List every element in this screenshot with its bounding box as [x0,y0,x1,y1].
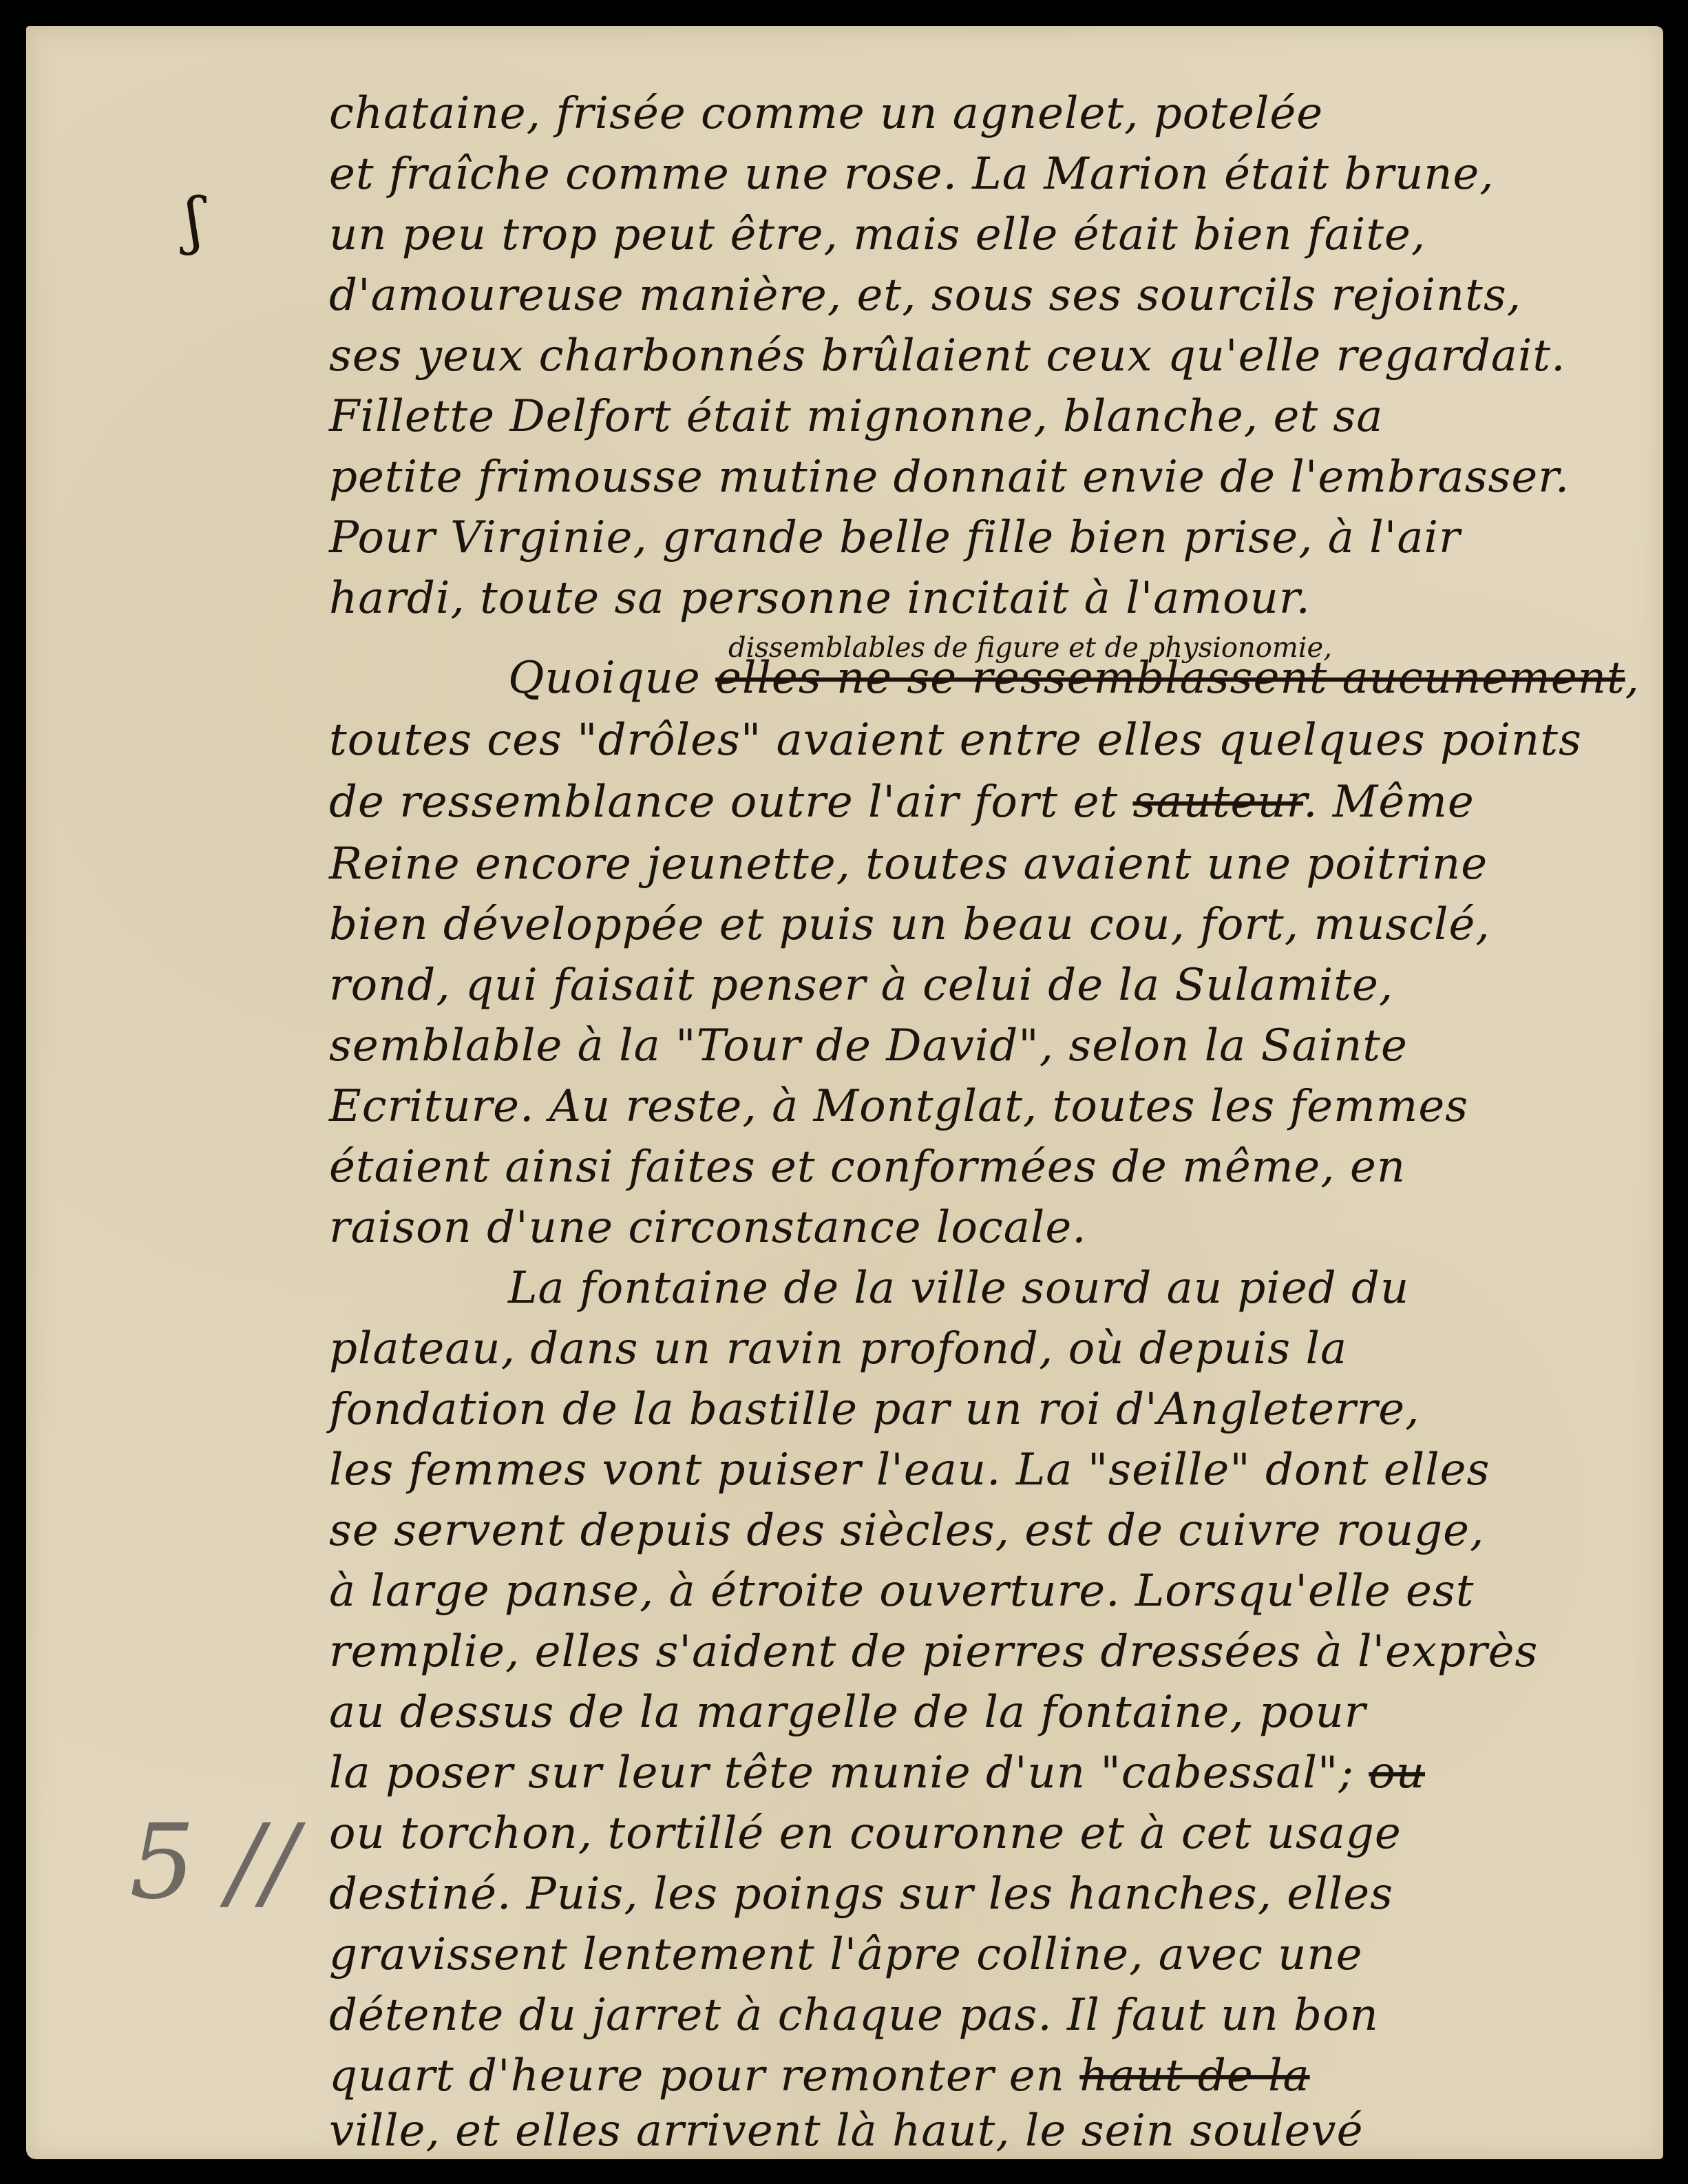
text-line: les femmes vont puiser l'eau. La "seille… [329,1445,1490,1495]
text-line: un peu trop peut être, mais elle était b… [329,209,1426,260]
text-line: Ecriture. Au reste, à Montglat, toutes l… [329,1081,1468,1132]
text-line: d'amoureuse manière, et, sous ses sourci… [329,270,1521,321]
text-line: la poser sur leur tête munie d'un "cabes… [329,1747,1425,1798]
text-line: à large panse, à étroite ouverture. Lors… [329,1566,1474,1617]
struck-text: sauteur [1133,777,1304,828]
text-line: petite frimousse mutine donnait envie de… [329,452,1570,503]
struck-text: haut de la [1079,2050,1309,2101]
text-line: quart d'heure pour remonter en haut de l… [329,2050,1310,2101]
text-line: au dessus de la margelle de la fontaine,… [329,1687,1366,1738]
text-line: de ressemblance outre l'air fort et saut… [329,777,1475,828]
margin-pencil-mark: 5 // [129,1803,297,1922]
text-line: plateau, dans un ravin profond, où depui… [329,1323,1347,1374]
text-line: détente du jarret à chaque pas. Il faut … [329,1990,1379,2041]
text-line: ou torchon, tortillé en couronne et à ce… [329,1808,1402,1859]
text-line: raison d'une circonstance locale. [329,1202,1087,1253]
text-line: étaient ainsi faites et conformées de mê… [329,1142,1406,1193]
text-line: chataine, frisée comme un agnelet, potel… [329,88,1323,139]
text-line: rond, qui faisait penser à celui de la S… [329,960,1393,1011]
text-line: Quoique elles ne se ressemblassent aucun… [329,653,1640,704]
text-line: ses yeux charbonnés brûlaient ceux qu'el… [329,330,1565,381]
text-line: Fillette Delfort était mignonne, blanche… [329,391,1383,442]
text-line: et fraîche comme une rose. La Marion éta… [329,149,1495,200]
text-line: hardi, toute sa personne incitait à l'am… [329,573,1311,624]
text-line: fondation de la bastille par un roi d'An… [329,1384,1420,1435]
text-line: gravissent lentement l'âpre colline, ave… [329,1929,1362,1980]
struck-text: ou [1369,1747,1425,1798]
margin-ink-mark: ʃ [186,185,202,257]
text-line: remplie, elles s'aident de pierres dress… [329,1626,1538,1677]
text-line: destiné. Puis, les poings sur les hanche… [329,1869,1393,1920]
text-line: semblable à la "Tour de David", selon la… [329,1020,1408,1071]
text-line: Pour Virginie, grande belle fille bien p… [329,512,1461,563]
manuscript-page: ʃ 5 // chataine, frisée comme un agnelet… [26,26,1663,2159]
text-line: La fontaine de la ville sourd au pied du [329,1263,1409,1314]
text-line: ville, et elles arrivent là haut, le sei… [329,2106,1363,2156]
text-line: bien développée et puis un beau cou, for… [329,899,1490,950]
struck-text: elles ne se ressemblassent aucunement [715,653,1625,704]
text-line: Reine encore jeunette, toutes avaient un… [329,839,1488,890]
text-line: toutes ces "drôles" avaient entre elles … [329,715,1582,766]
text-line: se servent depuis des siècles, est de cu… [329,1505,1484,1556]
